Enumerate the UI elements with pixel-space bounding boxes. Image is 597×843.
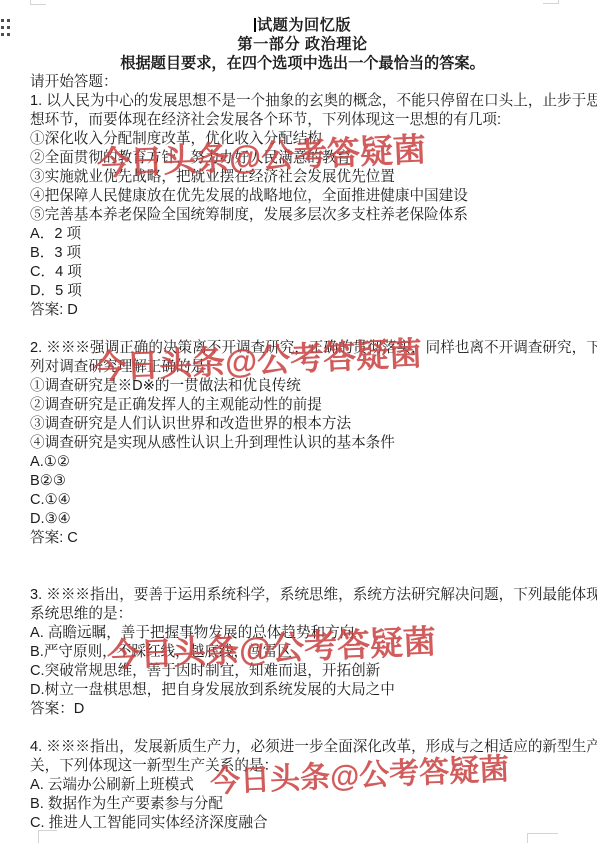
choice-a: A.①② — [30, 453, 575, 472]
question-line: 4. ※※※指出，发展新质生产力，必须进一步全面深化改革，形成与之相适应的新型生… — [30, 738, 575, 757]
text-cursor — [254, 18, 256, 32]
document-page: 试题为回忆版 第一部分 政治理论 根据题目要求，在四个选项中选出一个最恰当的答案… — [30, 16, 575, 833]
option-line: ②调查研究是正确发挥人的主观能动性的前提 — [30, 396, 575, 415]
answer-line: 答案: C — [30, 529, 575, 548]
page-corner-mark-top-left — [30, 0, 46, 5]
choice-d: D.③④ — [30, 510, 575, 529]
section-heading: 第一部分 政治理论 — [30, 35, 575, 54]
question-line: 1. 以人民为中心的发展思想不是一个抽象的玄奥的概念，不能只停留在口头上，止步于… — [30, 92, 575, 111]
choice-a: A. 高瞻远瞩，善于把握事物发展的总体趋势和方向 — [30, 624, 575, 643]
option-line: ④调查研究是实现从感性认识上升到理性认识的基本条件 — [30, 434, 575, 453]
option-line: ①调查研究是※D※的一贯做法和优良传统 — [30, 377, 575, 396]
option-line: ⑤完善基本养老保险全国统筹制度，发展多层次多支柱养老保险体系 — [30, 206, 575, 225]
choice-d: D.树立一盘棋思想，把自身发展放到系统发展的大局之中 — [30, 681, 575, 700]
option-line: ④把保障人民健康放在优先发展的战略地位，全面推进健康中国建设 — [30, 187, 575, 206]
option-line: ②全面贯彻的教育方针，努力办好人民满意的教育 — [30, 149, 575, 168]
question-line: 系统思维的是： — [30, 605, 575, 624]
question-line: 3. ※※※指出，要善于运用系统科学，系统思维，系统方法研究解决问题，下列最能体… — [30, 586, 575, 605]
option-line: ③实施就业优先战略，把就业摆在经济社会发展优先位置 — [30, 168, 575, 187]
choice-c: C. 推进人工智能同实体经济深度融合 — [30, 814, 575, 833]
choice-c: C．4 项 — [30, 263, 575, 282]
question-4: 4. ※※※指出，发展新质生产力，必须进一步全面深化改革，形成与之相适应的新型生… — [30, 738, 575, 833]
answer-line: 答案: D — [30, 301, 575, 320]
choice-c: C.突破常规思维，善于因时制宜，知难而退，开拓创新 — [30, 662, 575, 681]
start-prompt: 请开始答题： — [30, 73, 575, 92]
choice-a: A．2 项 — [30, 225, 575, 244]
choice-b: B②③ — [30, 472, 575, 491]
page-corner-mark-top-right — [543, 0, 559, 4]
choice-a: A. 云端办公刷新上班模式 — [30, 776, 575, 795]
option-line: ③调查研究是人们认识世界和改造世界的根本方法 — [30, 415, 575, 434]
instruction-heading: 根据题目要求，在四个选项中选出一个最恰当的答案。 — [30, 54, 575, 73]
question-line: 2. ※※※强调正确的决策离不开调查研究，正确的贯彻落实，同样也离不开调查研究，… — [30, 339, 575, 358]
question-line: 关，下列体现这一新型生产关系的是： — [30, 757, 575, 776]
choice-b: B.严守原则，不踩红线，越底线，闯雷区 — [30, 643, 575, 662]
question-line: 想环节，而要体现在经济社会发展各个环节，下列体现这一思想的有几项: — [30, 111, 575, 130]
question-1: 1. 以人民为中心的发展思想不是一个抽象的玄奥的概念，不能只停留在口头上，止步于… — [30, 92, 575, 320]
answer-line: 答案：D — [30, 700, 575, 719]
question-line: 列对调查研究理解正确的是： — [30, 358, 575, 377]
page-title: 试题为回忆版 — [30, 16, 575, 35]
option-line: ①深化收入分配制度改革，优化收入分配结构 — [30, 130, 575, 149]
question-2: 2. ※※※强调正确的决策离不开调查研究，正确的贯彻落实，同样也离不开调查研究，… — [30, 339, 575, 548]
drag-handle-icon[interactable] — [1, 19, 10, 36]
choice-c: C.①④ — [30, 491, 575, 510]
page-corner-mark-bottom-right — [527, 833, 558, 843]
choice-b: B. 数据作为生产要素参与分配 — [30, 795, 575, 814]
question-3: 3. ※※※指出，要善于运用系统科学，系统思维，系统方法研究解决问题，下列最能体… — [30, 586, 575, 719]
choice-b: B．3 项 — [30, 244, 575, 263]
choice-d: D．5 项 — [30, 282, 575, 301]
